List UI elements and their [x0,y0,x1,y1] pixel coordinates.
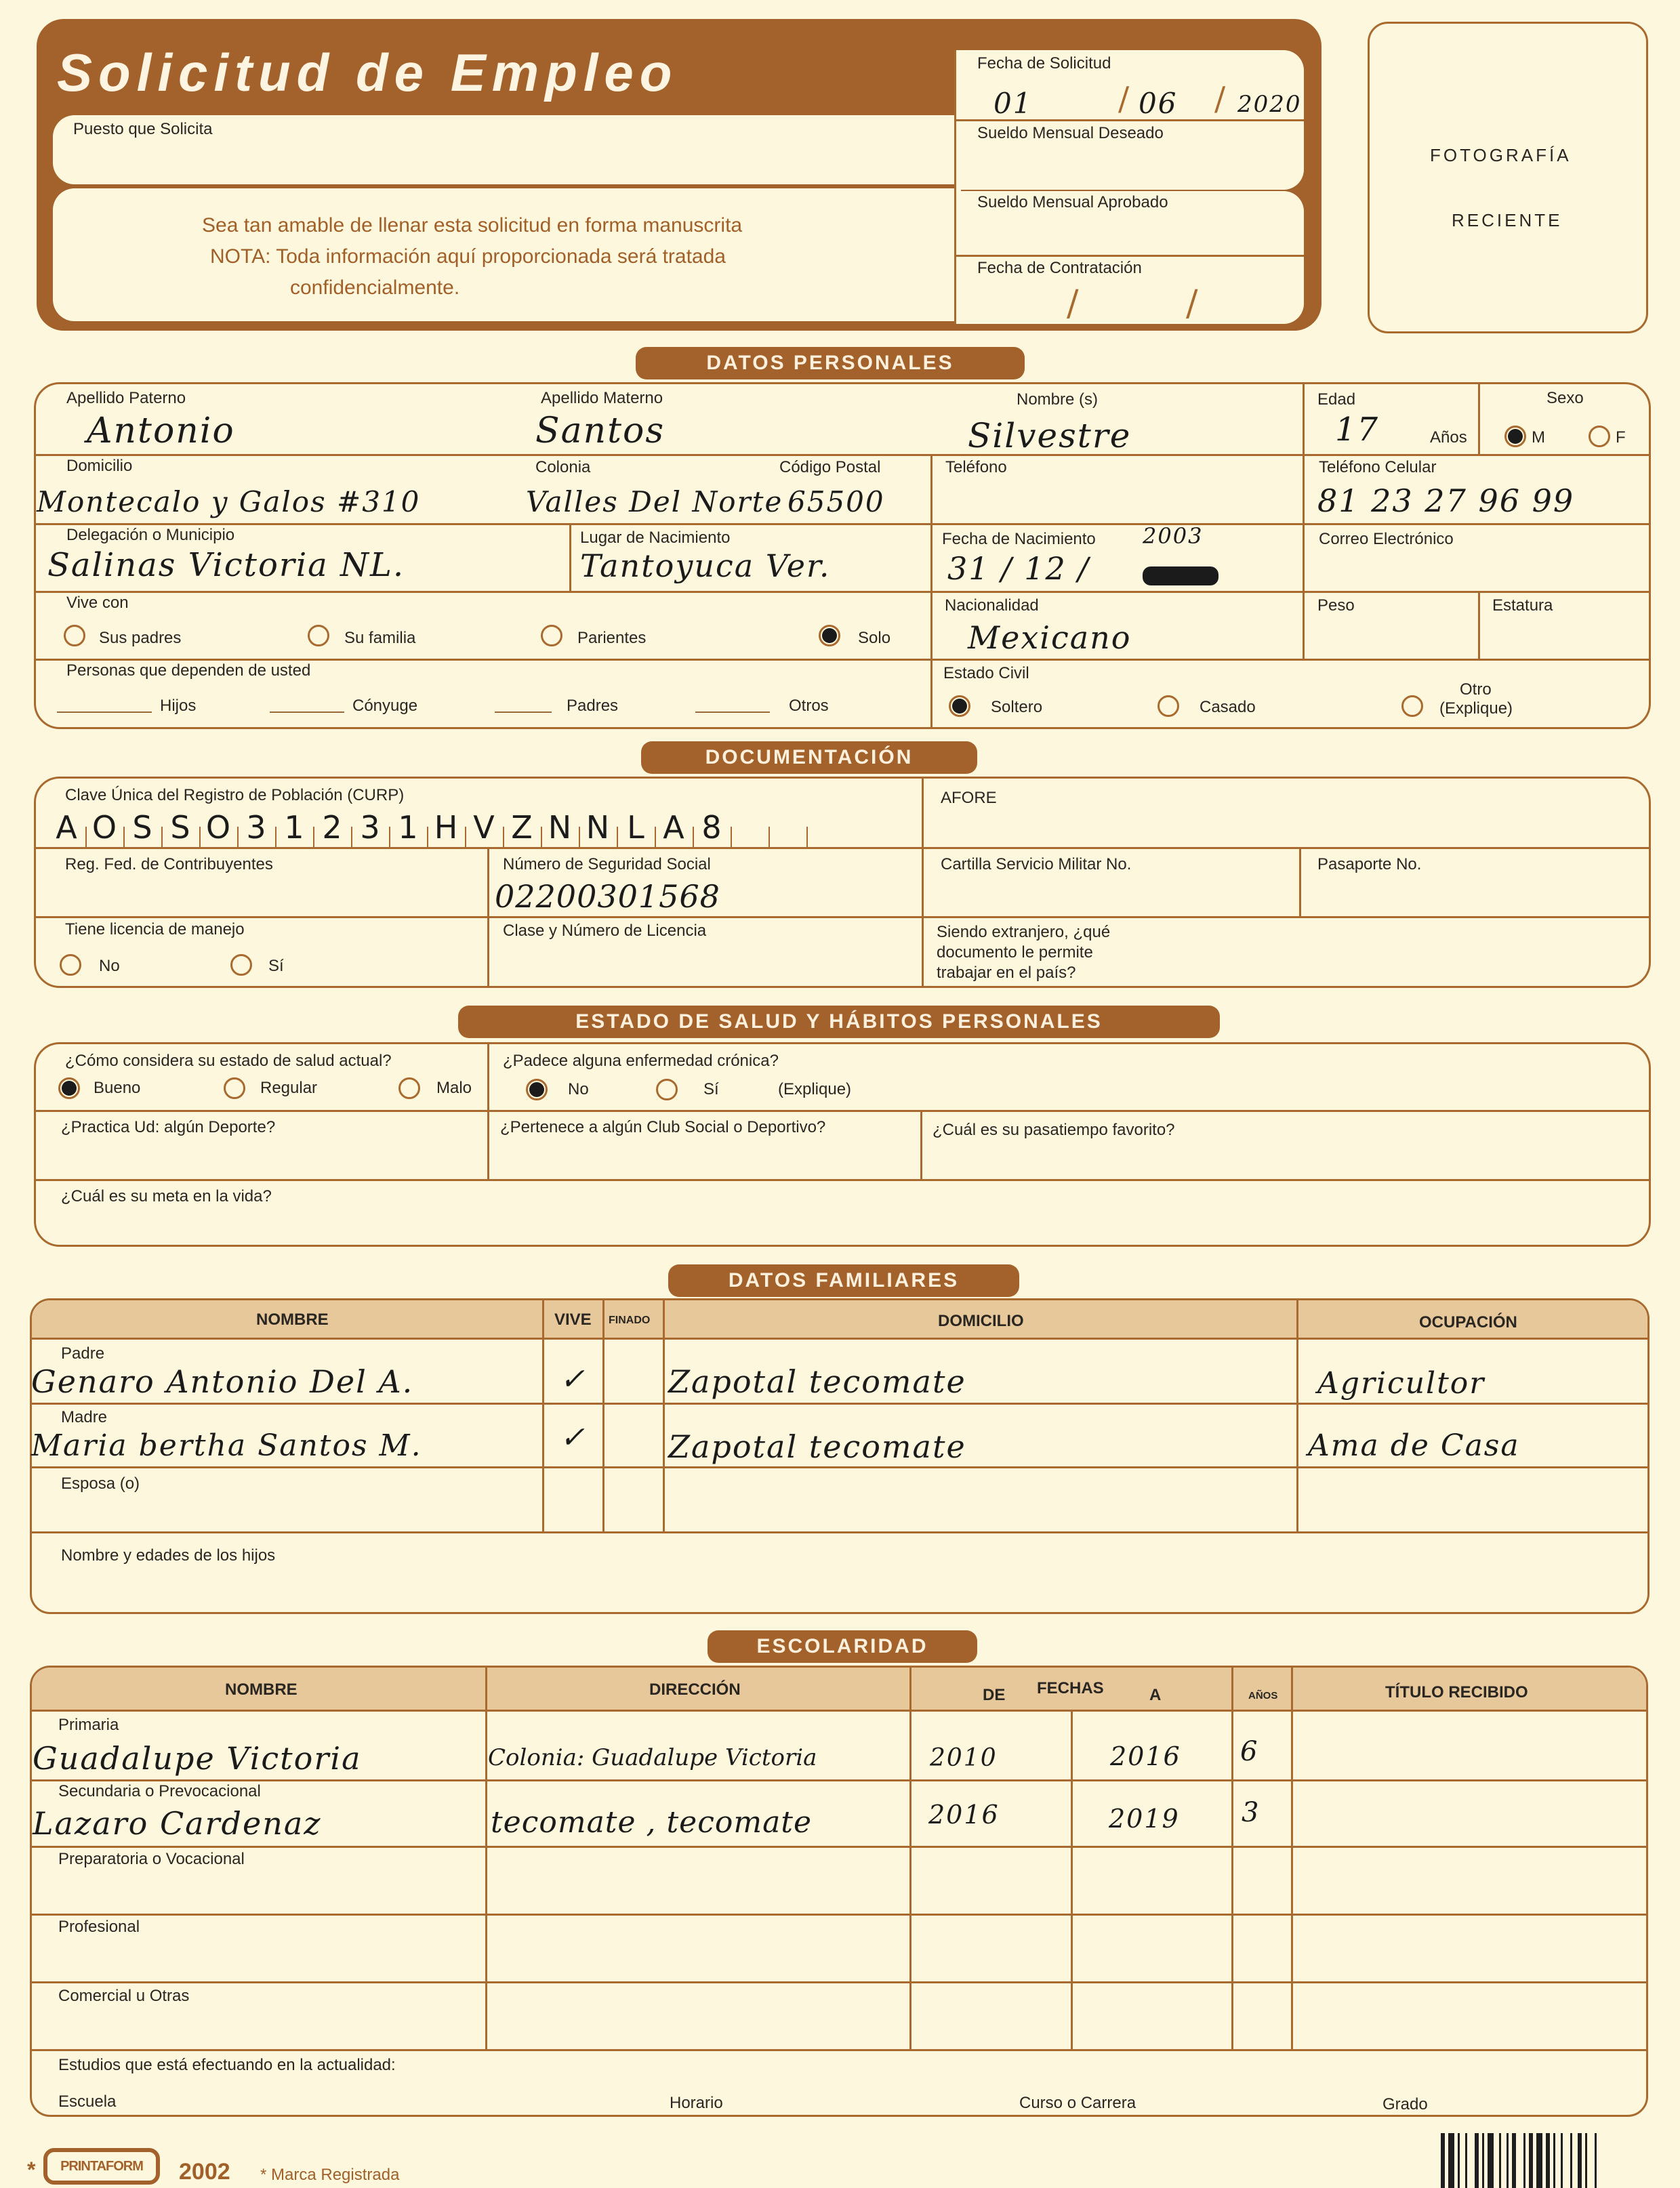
col-titulo: TÍTULO RECIBIDO [1385,1683,1528,1702]
pasatiempo-label: ¿Cuál es su pasatiempo favorito? [933,1121,1175,1140]
row-level: Secundaria o Prevocacional [58,1782,261,1801]
divider [922,777,924,988]
date-separator: / [1186,283,1200,324]
cronica-label: ¿Padece alguna enfermedad crónica? [503,1052,779,1071]
fecha-nac-value[interactable]: 31 / 12 / [947,550,1090,587]
barcode-bar [1529,2133,1533,2188]
rfc-label: Reg. Fed. de Contribuyentes [65,855,273,874]
curp-tick [199,827,201,847]
row-role: Padre [61,1344,104,1363]
curp-tick [541,827,542,847]
dependientes-option: Hijos [160,697,196,716]
barcode-bar [1465,2133,1467,2188]
cronica-explique: (Explique) [778,1080,851,1099]
dependientes-conyuge-blank[interactable] [270,711,344,713]
cronica-option: Sí [703,1080,719,1099]
divider [34,659,1651,661]
sexo-label: Sexo [1546,389,1584,408]
curp-tick [465,827,466,847]
curp-tick [275,827,276,847]
curp-tick [769,827,770,847]
salud-option: Bueno [94,1079,140,1098]
deporte-label: ¿Practica Ud: algún Deporte? [61,1118,275,1137]
sexo-option-f: F [1616,428,1626,447]
divider [34,1110,1651,1112]
barcode-bar [1488,2133,1494,2188]
salud-option: Malo [436,1079,472,1098]
familiar-nombre[interactable]: Maria bertha Santos M. [31,1428,422,1463]
footer-year: 2002 [179,2159,230,2185]
sueldo-deseado-label: Sueldo Mensual Deseado [977,124,1164,143]
row-role: Esposa (o) [61,1474,140,1493]
escuela-nombre[interactable]: Lazaro Cardenaz [33,1805,322,1842]
estudios-actuales-label: Estudios que está efectuando en la actua… [58,2056,396,2075]
curp-char: S [161,808,199,847]
licencia-label: Tiene licencia de manejo [65,920,245,939]
barcode-bar [1499,2133,1501,2188]
peso-label: Peso [1317,596,1355,615]
divider [487,1042,489,1179]
escuela-label: Escuela [58,2092,116,2111]
salud-radio-malo[interactable] [398,1077,420,1099]
divider [30,1466,1650,1468]
escuela-anios[interactable]: 3 [1242,1797,1260,1828]
cp-label: Código Postal [779,458,880,477]
fecha-solicitud-month[interactable]: 06 [1139,87,1177,120]
colonia-label: Colonia [535,458,590,477]
colonia-value[interactable]: Valles Del Norte [526,485,783,518]
curp-tick [503,827,504,847]
horario-label: Horario [670,2094,723,2113]
licencia-option: Sí [268,957,284,976]
licencia-radio-si[interactable] [230,954,252,976]
sexo-option-m: M [1532,428,1545,447]
divider [30,1338,1650,1340]
curp-char: N [579,808,617,847]
curp-char: N [541,808,579,847]
divider [1231,1666,1233,2049]
curp-label: Clave Única del Registro de Población (C… [65,786,404,805]
nss-value[interactable]: 02200301568 [495,878,720,915]
barcode-bar [1482,2133,1484,2188]
licencia-radio-no[interactable] [60,954,81,976]
curp-char [806,808,844,847]
divider [1299,847,1301,916]
estatura-label: Estatura [1492,596,1553,615]
section-salud: ESTADO DE SALUD Y HÁBITOS PERSONALES [458,1006,1220,1038]
vive-con-option: Sus padres [99,629,181,648]
col-domicilio: DOMICILIO [938,1312,1024,1331]
col-nombre: NOMBRE [225,1680,298,1699]
vive-con-option: Parientes [577,629,646,648]
divider [909,1666,911,2049]
extranjero-line-2: documento le permite [937,943,1093,962]
dependientes-padres-blank[interactable] [495,711,552,713]
curp-tick [579,827,580,847]
familiar-vive[interactable]: ✓ [560,1362,586,1397]
salud-radio-regular[interactable] [224,1077,245,1099]
divider [930,454,933,729]
curp-char: O [199,808,237,847]
vive-con-option: Solo [858,629,890,648]
note-line-1: Sea tan amable de llenar esta solicitud … [202,214,742,237]
vive-con-radio-solo[interactable] [819,625,840,646]
domicilio-value[interactable]: Montecalo y Galos #310 [37,485,420,518]
printaform-logo: PRINTAFORM [43,2148,160,2185]
col-fechas: FECHAS [1037,1679,1104,1698]
divider [30,1710,1648,1712]
escuela-direccion[interactable]: Colonia: Guadalupe Victoria [488,1744,817,1771]
apellido-paterno-label: Apellido Paterno [66,389,186,408]
col-ocupacion: OCUPACIÓN [1419,1313,1517,1332]
salud-box [34,1042,1651,1247]
estado-civil-option: Soltero [991,698,1042,717]
divider [920,1110,922,1179]
curp-tick [806,827,808,847]
estado-civil-explique: (Explique) [1439,699,1513,718]
curp-char: 3 [351,808,389,847]
nombre-value[interactable]: Silvestre [968,416,1131,455]
curp-char: O [85,808,123,847]
familiar-ocupacion[interactable]: Ama de Casa [1308,1428,1520,1463]
row-level: Preparatoria o Vocacional [58,1850,245,1869]
apellido-materno-value[interactable]: Santos [535,411,665,451]
salud-option: Regular [260,1079,317,1098]
curp-char: 8 [693,808,731,847]
familiar-nombre[interactable]: Genaro Antonio Del A. [31,1363,413,1400]
curp-char: 1 [389,808,427,847]
barcode-bar [1585,2133,1587,2188]
sexo-radio-m[interactable] [1504,426,1526,447]
divider [34,454,1651,456]
curp-tick [427,827,428,847]
curp-char: Z [503,808,541,847]
barcode-bar [1553,2133,1555,2188]
divider [542,1298,544,1531]
dependientes-option: Padres [567,697,618,716]
cronica-radio-si[interactable] [656,1079,678,1100]
divider [954,50,956,324]
curp-char: H [427,808,465,847]
escuela-a[interactable]: 2016 [1110,1741,1181,1771]
vive-con-option: Su familia [344,629,415,648]
divider [30,1403,1650,1405]
divider [30,1846,1648,1848]
extranjero-line-3: trabajar en el país? [937,964,1075,983]
dependientes-otros-blank[interactable] [695,711,770,713]
curso-label: Curso o Carrera [1019,2094,1136,2113]
curp-tick [389,827,390,847]
curp-tick [161,827,163,847]
fecha-solicitud-label: Fecha de Solicitud [977,54,1111,73]
curp-char [769,808,806,847]
brand-name: PRINTAFORM [60,2159,143,2174]
barcode-bar [1512,2133,1516,2188]
divider [1478,591,1480,660]
barcode-bar [1448,2133,1454,2188]
escuela-anios[interactable]: 6 [1240,1736,1258,1767]
nombre-label: Nombre (s) [1017,390,1098,409]
familiar-ocupacion[interactable]: Agricultor [1317,1366,1485,1401]
apellido-materno-label: Apellido Materno [541,389,663,408]
date-separator: / [1214,80,1227,118]
afore-label: AFORE [941,789,997,808]
divider [569,523,571,591]
escuela-de[interactable]: 2016 [928,1800,1000,1830]
familiar-domicilio[interactable]: Zapotal tecomate [668,1428,966,1465]
curp-tick [655,827,656,847]
divider [1296,1298,1298,1531]
curp-tick [85,827,87,847]
photo-box [1368,22,1648,333]
curp-char: 2 [313,808,351,847]
municipio-label: Delegación o Municipio [66,526,234,545]
barcode-bar [1570,2133,1572,2188]
clase-licencia-label: Clase y Número de Licencia [503,922,706,941]
salud-radio-bueno[interactable] [58,1077,80,1099]
dependientes-option: Otros [789,697,829,716]
extranjero-line-1: Siendo extranjero, ¿qué [937,923,1110,942]
curp-tick [731,827,732,847]
apellido-paterno-value[interactable]: Antonio [87,411,235,451]
estado-civil-otro: Otro [1460,680,1492,699]
municipio-value[interactable]: Salinas Victoria NL. [47,546,405,584]
row-role: Madre [61,1408,107,1427]
form-title: Solicitud de Empleo [57,42,678,104]
note-line-3: confidencialmente. [290,276,459,300]
estado-civil-radio-soltero[interactable] [949,695,970,717]
edad-label: Edad [1317,390,1355,409]
domicilio-label: Domicilio [66,457,132,476]
col-anios: AÑOS [1248,1690,1277,1701]
curp-char: V [465,808,503,847]
note-line-2: NOTA: Toda información aquí proporcionad… [210,245,726,268]
nacionalidad-value[interactable]: Mexicano [968,619,1132,656]
curp-char: A [47,808,85,847]
curp-tick [123,827,125,847]
barcode-bar [1475,2133,1479,2188]
divider [34,523,1651,525]
escuela-a[interactable]: 2019 [1109,1804,1180,1834]
curp-char: 3 [237,808,275,847]
sueldo-aprobado-label: Sueldo Mensual Aprobado [977,193,1168,212]
section-documentacion: DOCUMENTACIÓN [641,741,977,774]
sexo-radio-f[interactable] [1589,426,1610,447]
divider [34,916,1651,918]
divider [1303,382,1305,660]
nss-label: Número de Seguridad Social [503,855,711,874]
edad-value[interactable]: 17 [1335,411,1379,449]
col-de: DE [983,1686,1005,1705]
barcode [1441,2133,1644,2188]
divider [663,1298,665,1531]
row-level: Primaria [58,1716,119,1735]
dependientes-label: Personas que dependen de usted [66,661,310,680]
cronica-radio-no[interactable] [526,1079,548,1100]
hijos-label: Nombre y edades de los hijos [61,1546,275,1565]
puesto-label: Puesto que Solicita [73,120,212,139]
divider [30,1779,1648,1781]
fecha-solicitud-day[interactable]: 01 [993,87,1032,120]
anios-label: Años [1430,428,1467,447]
photo-label-1: FOTOGRAFÍA [1430,145,1572,166]
divider [1478,382,1480,454]
barcode-bar [1578,2133,1582,2188]
section-escolaridad: ESCOLARIDAD [708,1630,977,1663]
curp-tick [617,827,618,847]
divider [34,1179,1651,1181]
divider [30,1914,1648,1916]
divider [602,1298,605,1531]
familiar-domicilio[interactable]: Zapotal tecomate [668,1363,966,1400]
vive-con-radio-parientes[interactable] [541,625,562,646]
divider [30,1981,1648,1983]
divider [30,2049,1648,2051]
vive-con-label: Vive con [66,594,129,613]
barcode-bar [1595,2133,1597,2188]
barcode-bar [1458,2133,1460,2188]
cartilla-label: Cartilla Servicio Militar No. [941,855,1131,874]
estado-civil-label: Estado Civil [943,664,1029,683]
lugar-nac-value[interactable]: Tantoyuca Ver. [580,548,831,584]
estado-civil-radio-casado[interactable] [1157,695,1179,717]
vive-con-radio-su-familia[interactable] [308,625,329,646]
barcode-bar [1523,2133,1525,2188]
escuela-nombre[interactable]: Guadalupe Victoria [33,1740,362,1777]
barcode-bar [1536,2133,1542,2188]
divider [954,255,1304,257]
fecha-nac-correction: 2003 [1143,523,1203,549]
curp-char: L [617,808,655,847]
divider [30,1531,1650,1533]
celular-value[interactable]: 81 23 27 96 99 [1317,482,1574,519]
curp-char: A [655,808,693,847]
dependientes-option: Cónyuge [352,697,417,716]
curp-char [731,808,769,847]
barcode-bar [1561,2133,1563,2188]
lugar-nac-label: Lugar de Nacimiento [580,529,730,548]
pasaporte-label: Pasaporte No. [1317,855,1421,874]
photo-label-2: RECIENTE [1452,210,1562,231]
curp-tick [313,827,314,847]
licencia-option: No [99,957,120,976]
footer-asterisk: * [27,2158,35,2183]
col-vive: VIVE [554,1310,592,1329]
estado-salud-label: ¿Cómo considera su estado de salud actua… [65,1052,392,1071]
curp-tick [237,827,239,847]
col-direccion: DIRECCIÓN [649,1680,741,1699]
familiar-vive[interactable]: ✓ [560,1420,586,1455]
estado-civil-radio-otro[interactable] [1401,695,1423,717]
divider [1291,1666,1293,2049]
cronica-option: No [568,1080,589,1099]
date-separator: / [1118,80,1130,118]
barcode-bar [1507,2133,1509,2188]
cp-value[interactable]: 65500 [787,485,885,518]
divider [34,591,1651,593]
col-nombre: NOMBRE [256,1310,329,1329]
nacionalidad-label: Nacionalidad [945,596,1039,615]
divider [487,847,489,988]
scribbled-out-year [1143,566,1218,585]
escuela-de[interactable]: 2010 [930,1744,998,1772]
celular-label: Teléfono Celular [1319,458,1436,477]
dependientes-hijos-blank[interactable] [57,711,152,713]
section-datos-personales: DATOS PERSONALES [636,347,1025,379]
telefono-label: Teléfono [945,458,1007,477]
divider [485,1666,487,2049]
fecha-nac-label: Fecha de Nacimiento [942,530,1096,549]
divider [34,847,1651,849]
grado-label: Grado [1382,2095,1428,2114]
barcode-bar [1441,2133,1445,2188]
col-finado: FINADO [609,1315,650,1327]
curp-char: S [123,808,161,847]
estado-civil-option: Casado [1200,698,1256,717]
row-level: Profesional [58,1918,140,1937]
section-familiares: DATOS FAMILIARES [668,1264,1019,1297]
date-separator: / [1067,283,1080,324]
club-label: ¿Pertenece a algún Club Social o Deporti… [500,1118,825,1137]
correo-label: Correo Electrónico [1319,530,1454,549]
fecha-solicitud-year[interactable]: 2020 [1237,91,1302,118]
curp-tick [351,827,352,847]
curp-tick [693,827,694,847]
escuela-direccion[interactable]: tecomate , tecomate [491,1805,812,1840]
vive-con-radio-sus-padres[interactable] [64,625,85,646]
footer-trademark: * Marca Registrada [260,2166,399,2185]
barcode-bar [1546,2133,1550,2188]
meta-label: ¿Cuál es su meta en la vida? [61,1187,272,1206]
col-a: A [1149,1686,1161,1705]
divider [1071,1710,1073,2049]
fecha-contratacion-label: Fecha de Contratación [977,259,1142,278]
row-level: Comercial u Otras [58,1987,189,2006]
curp-char: 1 [275,808,313,847]
curp-field[interactable]: AOSSO31231HVZNNLA8 [47,808,827,847]
